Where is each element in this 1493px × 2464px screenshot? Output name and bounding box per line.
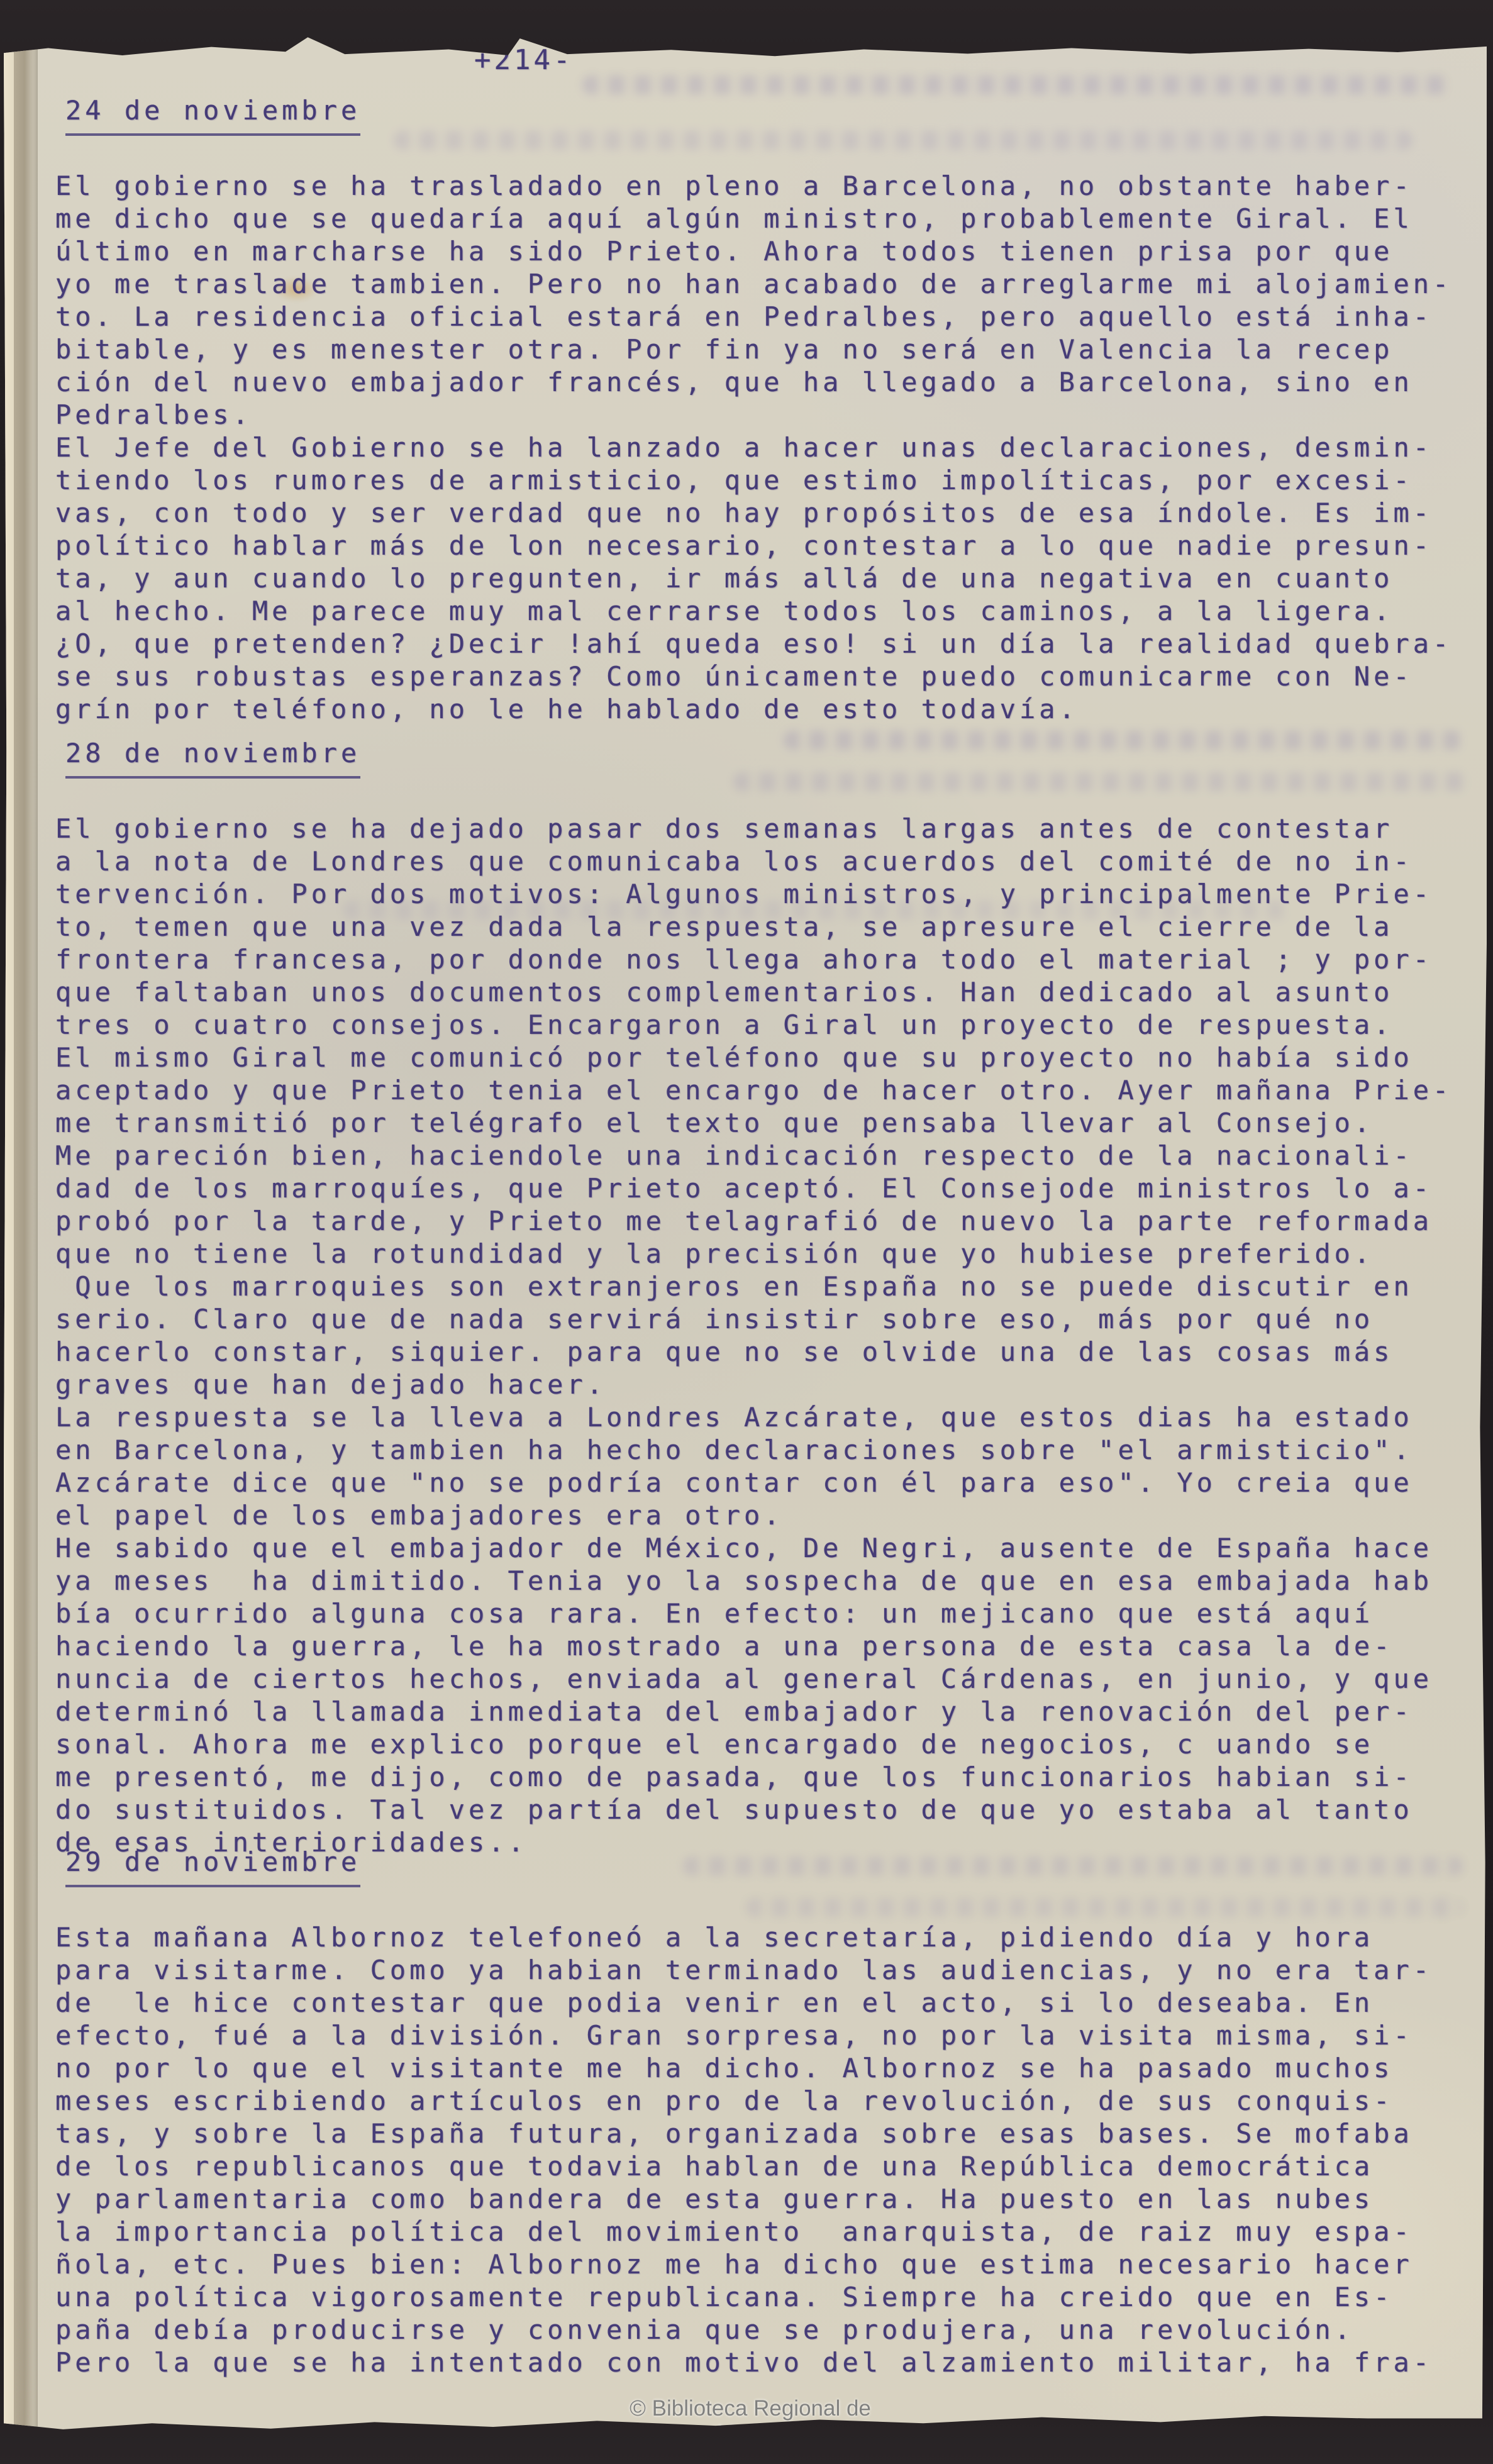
entry-paragraph: La respuesta se la lleva a Londres Azcár…	[55, 1401, 1484, 1532]
entry-paragraph: Esta mañana Albornoz telefoneó a la secr…	[55, 1921, 1484, 2379]
diary-entry-28-nov: 28 de noviembre El gobierno se ha dejado…	[55, 737, 1484, 1859]
entry-paragraph: El Jefe del Gobierno se ha lanzado a hac…	[55, 431, 1484, 726]
entry-date-heading: 28 de noviembre	[65, 737, 360, 779]
entry-date-heading: 24 de noviembre	[65, 94, 360, 136]
ink-bleed-through	[582, 75, 1450, 94]
page-edge-fold-shadow	[14, 25, 38, 2443]
entry-paragraph: Que los marroquies son extranjeros en Es…	[55, 1270, 1484, 1401]
entry-paragraph: El gobierno se ha trasladado en pleno a …	[55, 170, 1484, 431]
diary-entry-29-nov: 29 de noviembre Esta mañana Albornoz tel…	[55, 1846, 1484, 2379]
library-watermark: © Biblioteca Regional de Madrid	[602, 2396, 898, 2446]
entry-paragraph: El gobierno se ha dejado pasar dos seman…	[55, 813, 1484, 1270]
entry-date-heading: 29 de noviembre	[65, 1846, 360, 1887]
page-number: +214-	[474, 44, 573, 77]
scanned-diary-page: { "document": { "page_number": "+214-", …	[0, 0, 1493, 2464]
entry-paragraph: He sabido que el embajador de México, De…	[55, 1532, 1484, 1859]
paper-sheet: +214- 24 de noviembre El gobierno se ha …	[4, 25, 1487, 2443]
diary-entry-24-nov: 24 de noviembre El gobierno se ha trasla…	[55, 94, 1484, 726]
